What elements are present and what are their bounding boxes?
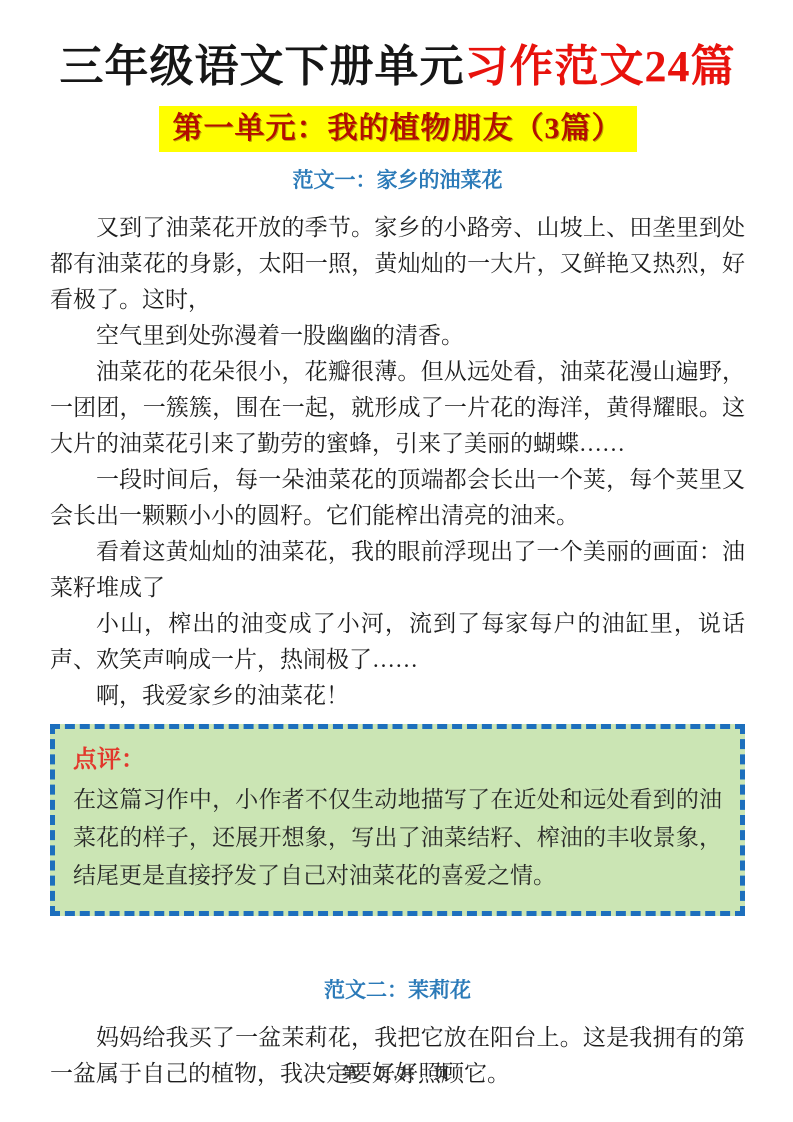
essay1-paragraph: 小山，榨出的油变成了小河，流到了每家每户的油缸里，说话声、欢笑声响成一片，热闹极… bbox=[50, 606, 745, 678]
page-title-red-part: 习作范文24篇 bbox=[465, 42, 736, 91]
essay1-body: 又到了油菜花开放的季节。家乡的小路旁、山坡上、田垄里到处都有油菜花的身影，太阳一… bbox=[50, 210, 745, 714]
page-title: 三年级语文下册单元习作范文24篇 bbox=[50, 38, 745, 96]
review-box: 点评： 在这篇习作中，小作者不仅生动地描写了在近处和远处看到的油菜花的样子，还展… bbox=[50, 724, 745, 916]
document-page: 三年级语文下册单元习作范文24篇 第一单元：我的植物朋友（3篇） 范文一：家乡的… bbox=[0, 0, 793, 1122]
page-footer: 第 页,共 页 bbox=[0, 1062, 793, 1083]
unit-banner-row: 第一单元：我的植物朋友（3篇） bbox=[50, 106, 745, 152]
essay1-paragraph: 又到了油菜花开放的季节。家乡的小路旁、山坡上、田垄里到处都有油菜花的身影，太阳一… bbox=[50, 210, 745, 318]
essay1-paragraph: 看着这黄灿灿的油菜花，我的眼前浮现出了一个美丽的画面：油菜籽堆成了 bbox=[50, 534, 745, 606]
unit-banner: 第一单元：我的植物朋友（3篇） bbox=[159, 106, 637, 152]
review-label: 点评： bbox=[73, 741, 722, 779]
essay1-paragraph: 啊，我爱家乡的油菜花！ bbox=[50, 678, 745, 714]
essay2-heading: 范文二：茉莉花 bbox=[50, 976, 745, 1004]
essay1-paragraph: 空气里到处弥漫着一股幽幽的清香。 bbox=[50, 318, 745, 354]
review-text: 在这篇习作中，小作者不仅生动地描写了在近处和远处看到的油菜花的样子，还展开想象，… bbox=[73, 781, 722, 895]
essay1-paragraph: 一段时间后，每一朵油菜花的顶端都会长出一个荚，每个荚里又会长出一颗颗小小的圆籽。… bbox=[50, 462, 745, 534]
page-title-black-part: 三年级语文下册单元 bbox=[60, 42, 465, 91]
essay1-heading: 范文一：家乡的油菜花 bbox=[50, 166, 745, 194]
essay1-paragraph: 油菜花的花朵很小，花瓣很薄。但从远处看，油菜花漫山遍野，一团团，一簇簇，围在一起… bbox=[50, 354, 745, 462]
